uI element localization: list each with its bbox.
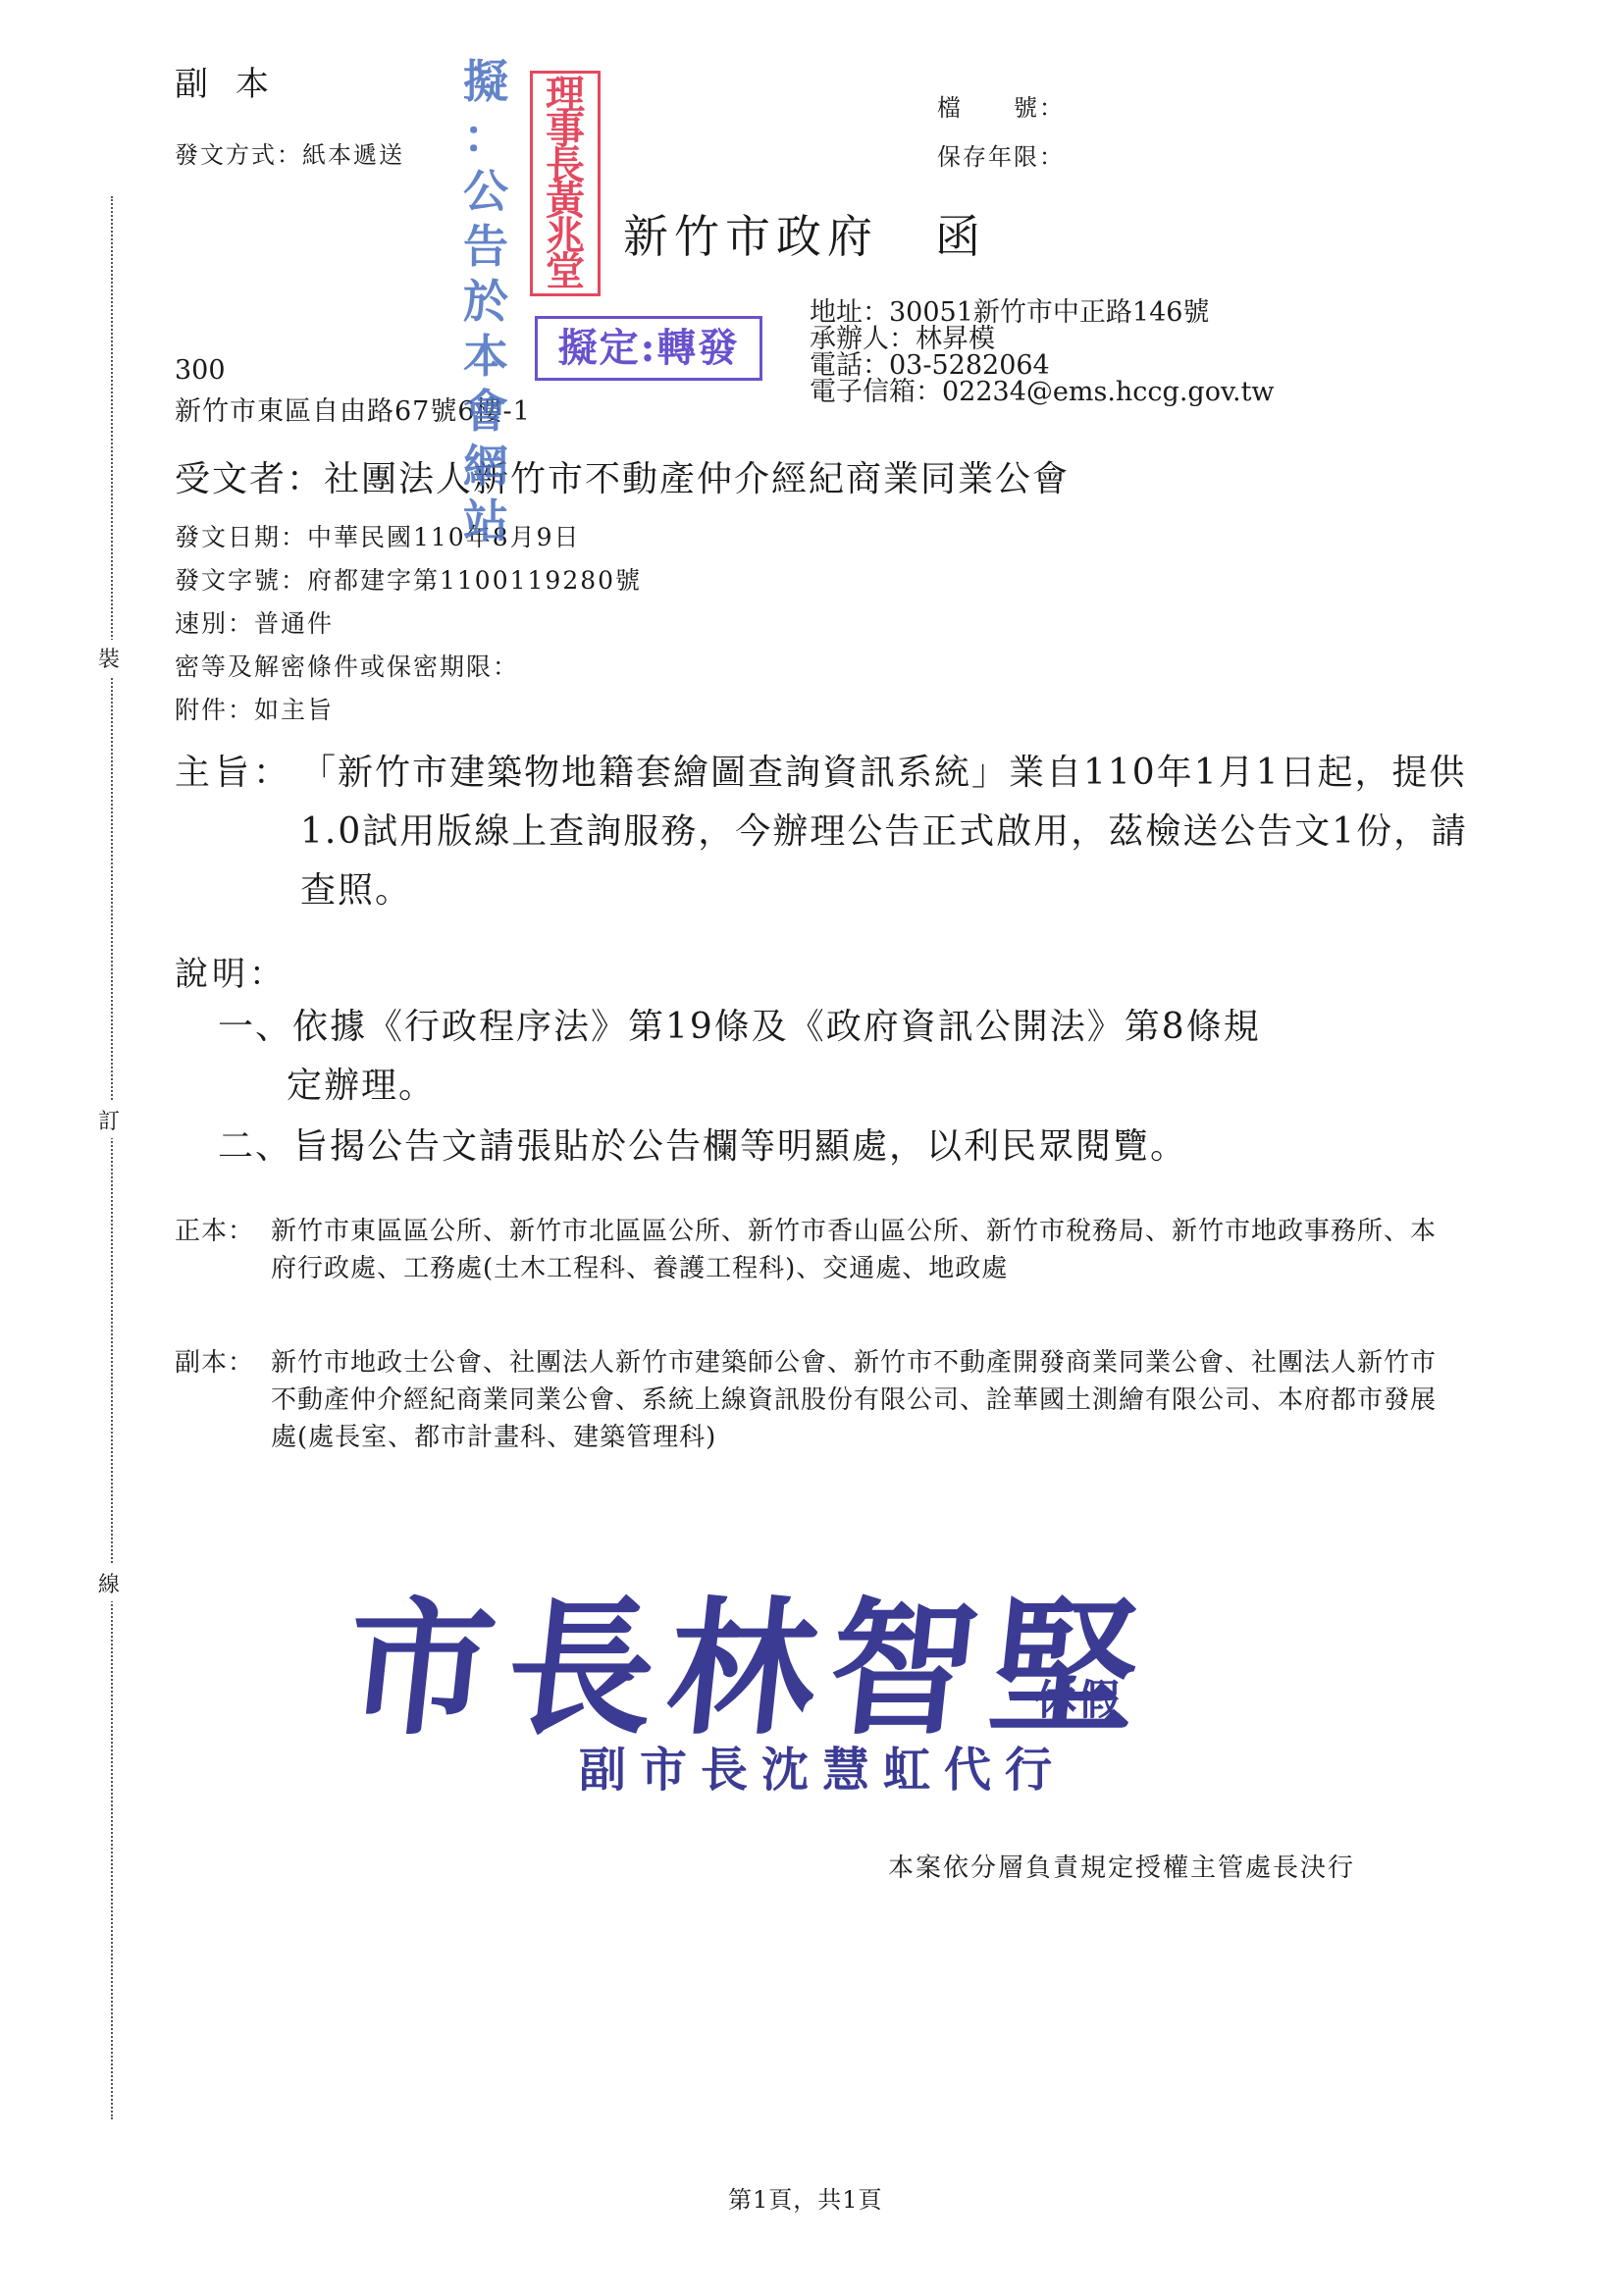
issuer-address: 地址：30051新竹市中正路146號 [810, 299, 1275, 326]
subject-label: 主旨： [175, 744, 292, 803]
binding-line [111, 196, 113, 2119]
stamp-char: ： [461, 109, 510, 164]
original-label: 正本： [175, 1213, 254, 1250]
issuer-phone: 電話：03-5282064 [810, 352, 1275, 379]
mayor-signature: 市長林智堅 [338, 1550, 1165, 1762]
subject-text: 「新竹市建築物地籍套繪圖查詢資訊系統」業自110年1月1日起，提供1.0試用版線… [300, 744, 1470, 920]
explanation-label: 說明： [175, 947, 287, 995]
recipient-zip: 300 [175, 355, 226, 386]
authority-note: 本案依分層負責規定授權主管處長決行 [888, 1848, 1355, 1884]
attachment: 附件：如主旨 [175, 691, 334, 726]
copy-recipients: 副本： 新竹市地政士公會、社團法人新竹市建築師公會、新竹市不動產開發商業同業公會… [175, 1344, 1460, 1456]
send-method: 發文方式：紙本遞送 [175, 135, 404, 170]
stamp-char: 於 [461, 274, 510, 329]
stamp-char: 告 [461, 219, 510, 274]
seal-char: 堂 [533, 254, 598, 289]
copy-list: 新竹市地政士公會、社團法人新竹市建築師公會、新竹市不動產開發商業同業公會、社團法… [271, 1344, 1460, 1456]
original-recipients: 正本： 新竹市東區區公所、新竹市北區區公所、新竹市香山區公所、新竹市稅務局、新竹… [175, 1213, 1460, 1287]
retention-period: 保存年限： [937, 137, 1065, 172]
stamp-char: 會 [461, 384, 510, 439]
issuer-officer: 承辦人：林昇模 [810, 326, 1275, 352]
copy-type-label: 副本 [175, 57, 296, 105]
urgency: 速別：普通件 [175, 604, 334, 640]
issuer-email: 電子信箱：02234@ems.hccg.gov.tw [810, 379, 1275, 405]
page-number: 第1頁，共1頁 [728, 2180, 883, 2215]
stamp-char: 公 [461, 164, 510, 219]
stamp-char: 站 [461, 494, 510, 548]
file-number: 檔 號： [937, 88, 1060, 123]
decision-stamp: 擬定:轉發 [535, 316, 762, 381]
copy-label: 副本： [175, 1344, 254, 1382]
stamp-char: 擬 [461, 54, 510, 109]
document-number: 發文字號：府都建字第1100119280號 [175, 561, 642, 597]
acting-signature: 副市長沈慧虹代行 [579, 1732, 1066, 1800]
explanation-item-1: 一、依據《行政程序法》第19條及《政府資訊公開法》第8條規 [218, 999, 1261, 1049]
subject-section: 主旨： 「新竹市建築物地籍套繪圖查詢資訊系統」業自110年1月1日起，提供1.0… [175, 744, 1470, 920]
explanation-item-1-cont: 定辦理。 [287, 1058, 436, 1108]
document-kind: 函 [935, 210, 986, 263]
recipient: 受文者：社團法人新竹市不動產仲介經紀商業同業公會 [175, 451, 1070, 501]
issuer-contact-block: 地址：30051新竹市中正路146號 承辦人：林昇模 電話：03-5282064… [810, 299, 1275, 405]
retention-label: 保存年限： [937, 143, 1065, 171]
file-number-label: 檔 號： [937, 88, 1060, 123]
chairman-seal-stamp: 理 事 長 黃 兆 堂 [530, 71, 601, 296]
binding-char-ding: 訂 [98, 1102, 120, 1138]
original-list: 新竹市東區區公所、新竹市北區區公所、新竹市香山區公所、新竹市稅務局、新竹市地政事… [271, 1213, 1460, 1287]
posting-stamp: 擬 ： 公 告 於 本 會 網 站 [461, 54, 510, 548]
issuer-name: 新竹市政府 [623, 210, 878, 263]
confidentiality: 密等及解密條件或保密期限： [175, 648, 519, 683]
document-title: 新竹市政府函 [623, 201, 986, 266]
issue-date: 發文日期：中華民國110年8月9日 [175, 518, 581, 553]
explanation-item-2: 二、旨揭公告文請張貼於公告欄等明顯處，以利民眾閱覽。 [218, 1119, 1187, 1169]
stamp-char: 網 [461, 439, 510, 494]
binding-char-xian: 線 [98, 1565, 120, 1601]
binding-char-zhuang: 裝 [98, 640, 120, 676]
mayor-status: 休假 [1035, 1668, 1122, 1727]
stamp-char: 本 [461, 329, 510, 384]
